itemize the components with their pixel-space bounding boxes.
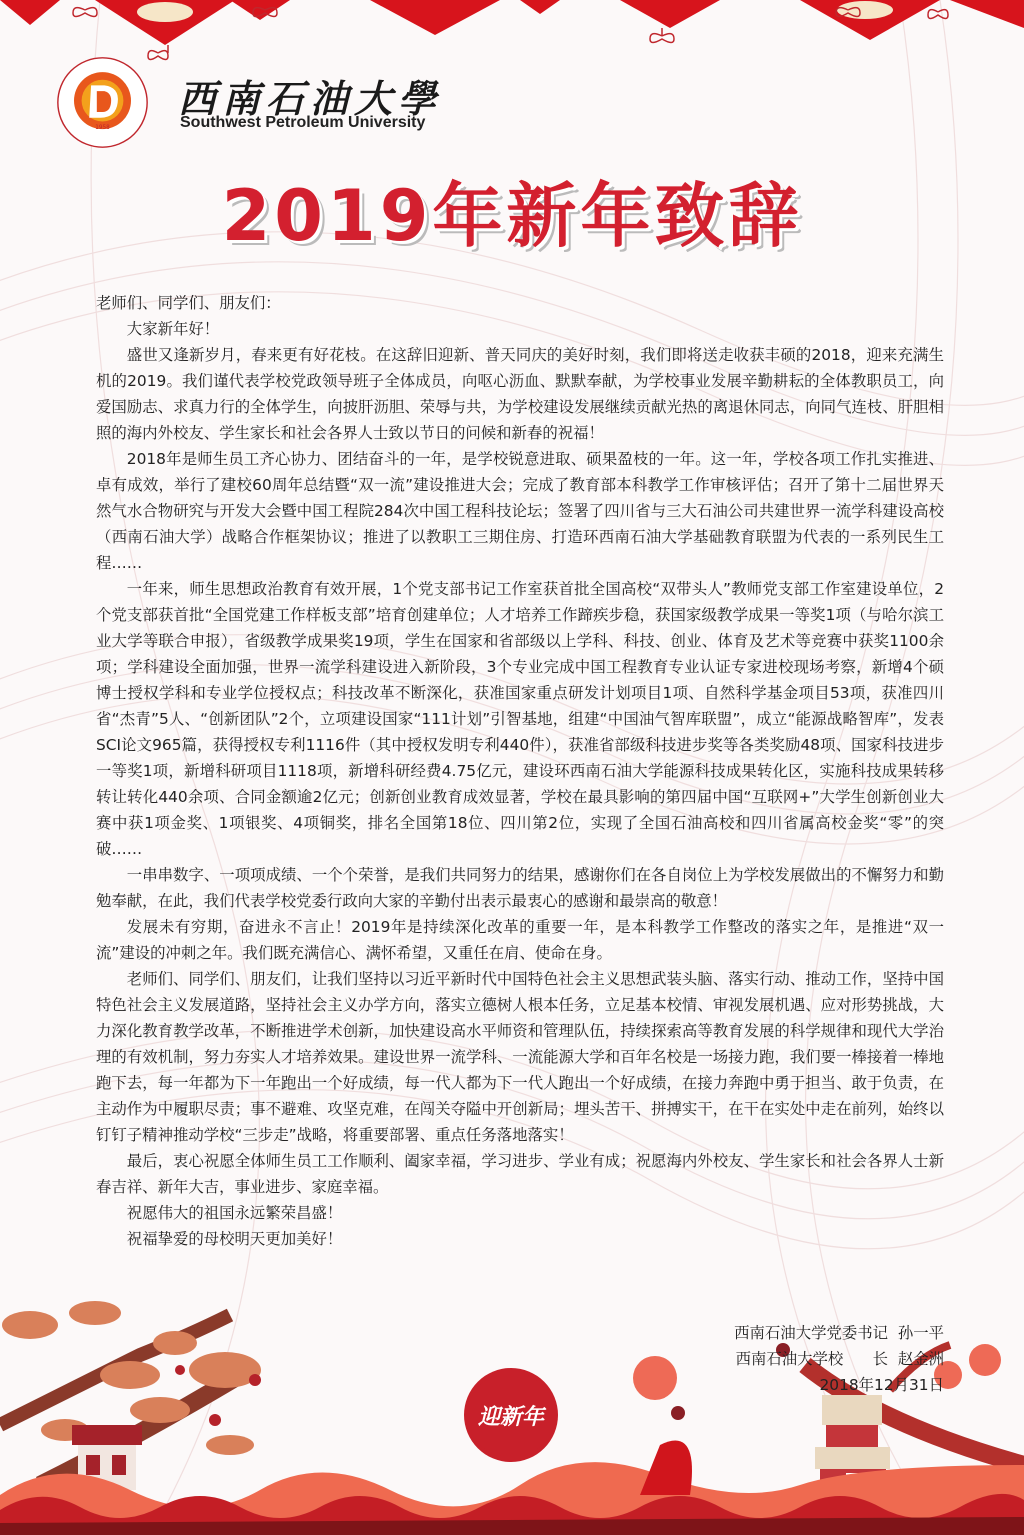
signature-party-secretary: 西南石油大学党委书记 孙一平 [734,1320,944,1346]
paragraph: 一串串数字、一项项成绩、一个个荣誉，是我们共同努力的结果，感谢你们在各自岗位上为… [96,862,944,914]
paragraph: 一年来，师生思想政治教育有效开展，1个党支部书记工作室获首批全国高校“双带头人”… [96,576,944,862]
page-title: 2019年新年致辞 [0,160,1024,261]
signature-date: 2018年12月31日 [734,1372,944,1398]
closing-line: 祝愿伟大的祖国永远繁荣昌盛！ [96,1200,944,1226]
university-emblem-icon: 1958 [55,55,150,150]
signature-president: 西南石油大学校 长 赵金洲 [734,1346,944,1372]
paragraph: 盛世又逢新岁月，春来更有好花枝。在这辞旧迎新、普天同庆的美好时刻，我们即将送走收… [96,342,944,446]
svg-text:1958: 1958 [95,125,110,131]
paragraph: 老师们、同学们、朋友们，让我们坚持以习近平新时代中国特色社会主义思想武装头脑、落… [96,966,944,1148]
salutation: 老师们、同学们、朋友们： [96,290,944,316]
university-name-english: Southwest Petroleum University [180,114,425,132]
paragraph: 最后，衷心祝愿全体师生员工工作顺利、阖家幸福，学习进步、学业有成；祝愿海内外校友… [96,1148,944,1200]
paragraph: 2018年是师生员工齐心协力、团结奋斗的一年，是学校锐意进取、硕果盈枝的一年。这… [96,446,944,576]
paragraph: 发展未有穷期，奋进永不言止！2019年是持续深化改革的重要一年，是本科教学工作整… [96,914,944,966]
greeting: 大家新年好！ [96,316,944,342]
top-hanging-ornaments [0,0,1024,70]
letter-body: 老师们、同学们、朋友们： 大家新年好！ 盛世又逢新岁月，春来更有好花枝。在这辞旧… [96,290,944,1252]
signature-block: 西南石油大学党委书记 孙一平 西南石油大学校 长 赵金洲 2018年12月31日 [734,1320,944,1398]
new-year-badge: 迎新年 [468,1372,554,1458]
closing-line: 祝福挚爱的母校明天更加美好！ [96,1226,944,1252]
